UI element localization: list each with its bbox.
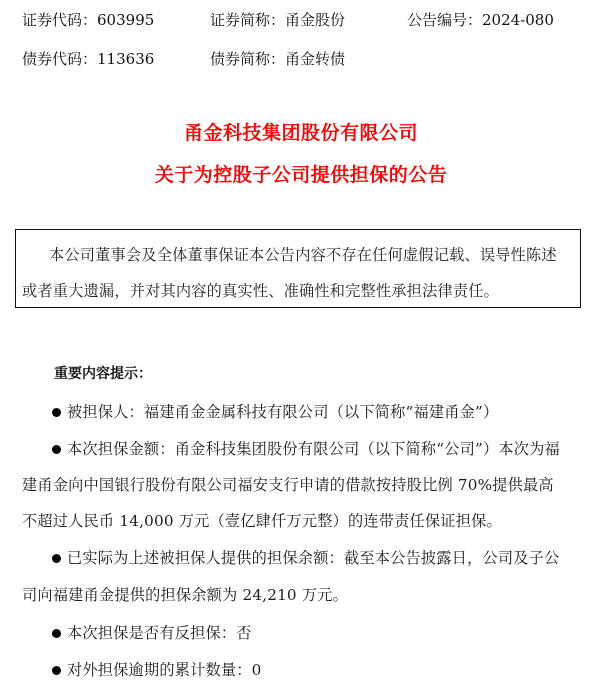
stock-short-name-label: 证券简称： bbox=[210, 11, 285, 29]
highlight-continuation: 建甬金向中国银行股份有限公司福安支行申请的借款按持股比例 70%提供最高 bbox=[22, 474, 554, 495]
bullet-icon bbox=[52, 629, 61, 638]
highlight-text: 本次担保是否有反担保：否 bbox=[67, 624, 252, 642]
stock-code-value: 603995 bbox=[97, 11, 154, 29]
highlight-item-overdue-count: 对外担保逾期的累计数量：0 bbox=[52, 659, 262, 680]
bond-code: 债券代码：113636 bbox=[22, 49, 154, 69]
stock-short-name-value: 甬金股份 bbox=[285, 11, 345, 29]
highlight-continuation: 不超过人民币 14,000 万元（壹亿肆仟万元整）的连带责任保证担保。 bbox=[22, 510, 502, 531]
highlight-item-guarantee-balance: 已实际为上述被担保人提供的担保余额：截至本公告披露日，公司及子公 bbox=[52, 547, 559, 568]
announcement-number: 公告编号：2024-080 bbox=[407, 10, 554, 30]
bond-short-name-label: 债券简称： bbox=[210, 50, 285, 68]
highlight-continuation: 司向福建甬金提供的担保余额为 24,210 万元。 bbox=[22, 584, 348, 605]
company-title: 甬金科技集团股份有限公司 bbox=[0, 118, 602, 145]
stock-short-name: 证券简称：甬金股份 bbox=[210, 10, 345, 30]
announcement-number-label: 公告编号： bbox=[407, 11, 482, 29]
highlight-text: 已实际为上述被担保人提供的担保余额：截至本公告披露日，公司及子公 bbox=[67, 549, 559, 567]
bullet-icon bbox=[52, 554, 61, 563]
notice-line-2: 或者重大遗漏，并对其内容的真实性、准确性和完整性承担法律责任。 bbox=[22, 280, 499, 301]
highlight-text: 本次担保金额：甬金科技集团股份有限公司（以下简称“公司”）本次为福 bbox=[67, 440, 560, 458]
highlight-text: 对外担保逾期的累计数量：0 bbox=[67, 661, 262, 679]
highlight-item-counter-guarantee: 本次担保是否有反担保：否 bbox=[52, 622, 252, 643]
bond-code-label: 债券代码： bbox=[22, 50, 97, 68]
bullet-icon bbox=[52, 408, 61, 417]
highlight-text: 被担保人：福建甬金金属科技有限公司（以下简称“福建甬金”） bbox=[67, 403, 498, 421]
highlight-item-guaranteed-party: 被担保人：福建甬金金属科技有限公司（以下简称“福建甬金”） bbox=[52, 401, 498, 422]
stock-code-label: 证券代码： bbox=[22, 11, 97, 29]
bond-short-name: 债券简称：甬金转债 bbox=[210, 49, 345, 69]
bond-short-name-value: 甬金转债 bbox=[285, 50, 345, 68]
bond-code-value: 113636 bbox=[97, 50, 154, 68]
board-guarantee-notice-box: 本公司董事会及全体董事保证本公告内容不存在任何虚假记载、误导性陈述 或者重大遗漏… bbox=[15, 229, 581, 308]
highlight-item-guarantee-amount: 本次担保金额：甬金科技集团股份有限公司（以下简称“公司”）本次为福 bbox=[52, 438, 560, 459]
notice-line-1: 本公司董事会及全体董事保证本公告内容不存在任何虚假记载、误导性陈述 bbox=[49, 244, 557, 265]
stock-code: 证券代码：603995 bbox=[22, 10, 154, 30]
announcement-title: 关于为控股子公司提供担保的公告 bbox=[0, 160, 602, 187]
bullet-icon bbox=[52, 666, 61, 675]
highlights-heading: 重要内容提示： bbox=[54, 363, 152, 383]
announcement-number-value: 2024-080 bbox=[482, 11, 554, 29]
bullet-icon bbox=[52, 445, 61, 454]
